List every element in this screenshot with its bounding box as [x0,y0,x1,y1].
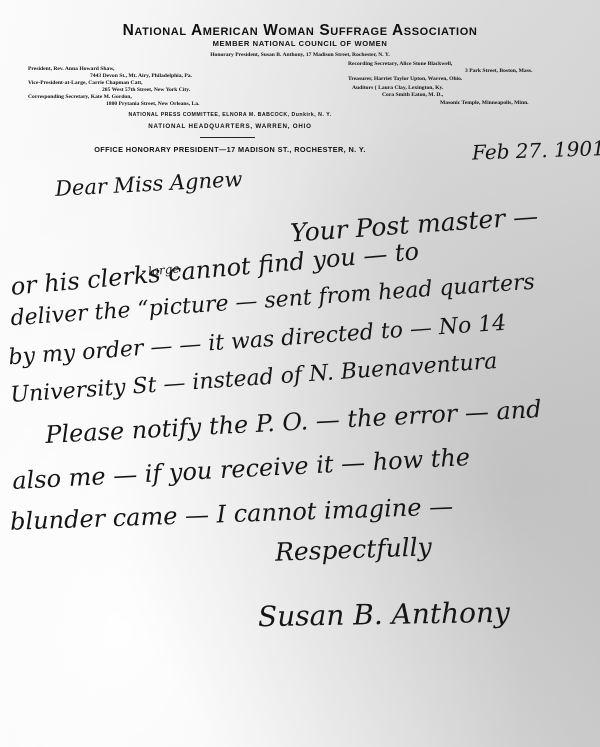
officer-corresponding-secretary-address: 1800 Prytania Street, New Orleans, La. [106,101,199,107]
officer-recording-secretary: Recording Secretary, Alice Stone Blackwe… [348,61,452,67]
officer-president: President, Rev. Anna Howard Shaw, [28,66,114,72]
officer-vice-president-address: 205 West 57th Street, New York City. [102,87,190,93]
officer-auditor-2-address: Masonic Temple, Minneapolis, Minn. [440,100,529,106]
honorary-president-line: Honorary President, Susan B. Anthony, 17… [0,52,600,58]
divider-rule [200,137,255,138]
officer-auditors: Auditors { Laura Clay, Lexington, Ky. [352,85,443,91]
officer-president-address: 7443 Devon St., Mt. Airy, Philadelphia, … [90,73,192,79]
member-line: MEMBER NATIONAL COUNCIL OF WOMEN [0,39,600,48]
letter-line-6: Please notify the P. O. — the error — an… [45,395,543,449]
letter-date: Feb 27. 1901— [472,135,600,164]
officer-vice-president: Vice-President-at-Large, Carrie Chapman … [28,80,143,86]
signature: Susan B. Anthony [258,596,510,633]
officer-auditor-2: Cora Smith Eaton, M. D., [382,92,443,98]
office-line: OFFICE HONORARY PRESIDENT—17 MADISON ST.… [0,145,460,154]
headquarters-line: NATIONAL HEADQUARTERS, WARREN, OHIO [0,123,460,130]
organization-title: National American Woman Suffrage Associa… [0,22,600,40]
salutation: Dear Miss Agnew [55,167,243,201]
letter-line-7: also me — if you receive it — how the [12,443,471,495]
officer-recording-secretary-address: 3 Park Street, Boston, Mass. [465,68,532,74]
officer-corresponding-secretary: Corresponding Secretary, Kate M. Gordon, [28,94,132,100]
letter-line-8: blunder came — I cannot imagine — [10,492,454,535]
officer-treasurer: Treasurer, Harriet Taylor Upton, Warren,… [348,76,462,82]
closing: Respectfully [275,532,433,566]
press-committee-line: NATIONAL PRESS COMMITTEE, ELNORA M. BABC… [0,112,460,118]
letter-page: National American Woman Suffrage Associa… [0,0,600,747]
